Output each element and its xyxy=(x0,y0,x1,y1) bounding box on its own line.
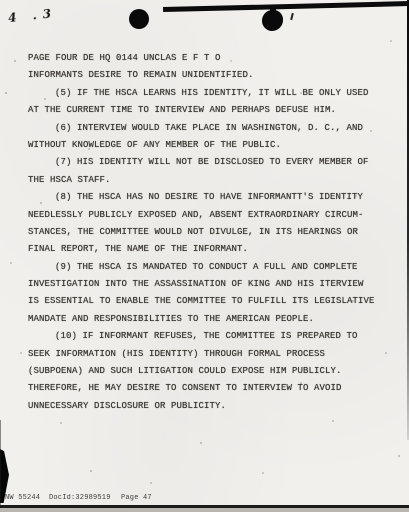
document-line: FINAL REPORT, THE NAME OF THE INFORMANT. xyxy=(28,241,380,258)
document-line: (9) THE HSCA IS MANDATED TO CONDUCT A FU… xyxy=(28,259,380,276)
document-line: IS ESSENTIAL TO ENABLE THE COMMITTEE TO … xyxy=(28,293,380,310)
document-line: (6) INTERVIEW WOULD TAKE PLACE IN WASHIN… xyxy=(28,120,380,137)
document-line: SEEK INFORMATION (HIS IDENTITY) THROUGH … xyxy=(28,346,380,363)
document-line: AT THE CURRENT TIME TO INTERVIEW AND PER… xyxy=(28,102,380,119)
page-number: Page 47 xyxy=(121,494,152,502)
hole-punch-left xyxy=(129,9,149,29)
document-line: (7) HIS IDENTITY WILL NOT BE DISCLOSED T… xyxy=(28,154,380,171)
document-line: (5) IF THE HSCA LEARNS HIS IDENTITY, IT … xyxy=(28,85,380,102)
scan-edge-left xyxy=(0,420,1,512)
document-body: PAGE FOUR DE HQ 0144 UNCLAS E F T OINFOR… xyxy=(28,50,380,415)
release-id: NW 55244 xyxy=(5,494,49,502)
document-line: NEEDLESSLY PUBLICLY EXPOSED AND, ABSENT … xyxy=(28,207,380,224)
doc-id: DocId:32989519 xyxy=(49,494,121,502)
pen-tick-mark xyxy=(290,13,294,20)
paper-speckles xyxy=(0,0,2,2)
document-line: THEREFORE, HE MAY DESIRE TO CONSENT TO I… xyxy=(28,380,380,397)
handwritten-annotation: 4 .3 xyxy=(7,5,68,25)
document-line: (10) IF INFORMANT REFUSES, THE COMMITTEE… xyxy=(28,328,380,345)
document-line: INFORMANTS DESIRE TO REMAIN UNIDENTIFIED… xyxy=(28,67,380,84)
scanned-document-page: 4 .3 PAGE FOUR DE HQ 0144 UNCLAS E F T O… xyxy=(0,0,409,512)
document-line: MANDATE AND RESPONSIBILITIES TO THE AMER… xyxy=(28,311,380,328)
document-line: WITHOUT KNOWLEDGE OF ANY MEMBER OF THE P… xyxy=(28,137,380,154)
scan-edge-top xyxy=(163,1,409,12)
document-line: THE HSCA STAFF. xyxy=(28,172,380,189)
document-line: INVESTIGATION INTO THE ASSASSINATION OF … xyxy=(28,276,380,293)
document-line: STANCES, THE COMMITTEE WOULD NOT DIVULGE… xyxy=(28,224,380,241)
document-line: (8) THE HSCA HAS NO DESIRE TO HAVE INFOR… xyxy=(28,189,380,206)
document-line: (SUBPOENA) AND SUCH LITIGATION COULD EXP… xyxy=(28,363,380,380)
document-line: PAGE FOUR DE HQ 0144 UNCLAS E F T O xyxy=(28,50,380,67)
archive-footer: NW 55244 DocId:32989519 Page 47 xyxy=(5,494,385,502)
document-line: UNNECESSARY DISCLOSURE OR PUBLICITY. xyxy=(28,398,380,415)
scan-bottom-fade xyxy=(0,508,409,512)
hole-punch-right xyxy=(262,10,283,31)
